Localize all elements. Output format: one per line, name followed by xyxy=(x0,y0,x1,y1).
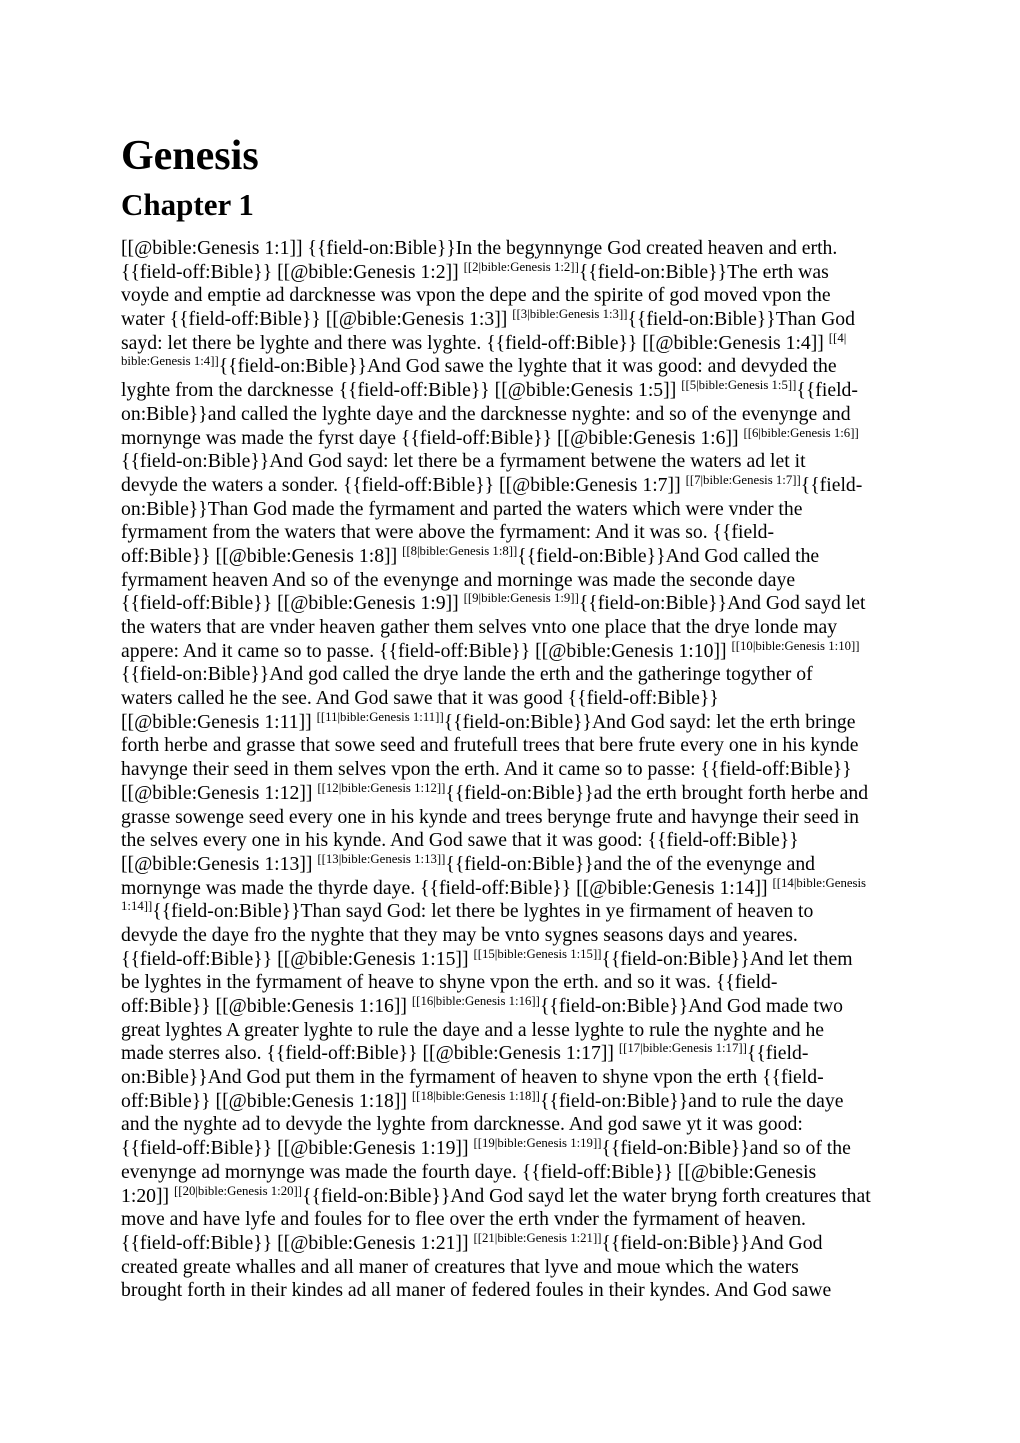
text-run: {{field-off:Bible}} [[@bible:Genesis 1:2… xyxy=(121,261,464,283)
text-line: grasse sowenge seed every one in his kyn… xyxy=(121,806,913,830)
verse-reference-superscript: [[18|bible:Genesis 1:18]] xyxy=(412,1089,540,1103)
text-run: {{field-on:Bible}}and to rule the daye xyxy=(540,1090,844,1112)
text-line: [[@bible:Genesis 1:11]] [[11|bible:Genes… xyxy=(121,711,913,735)
text-line: great lyghtes A greater lyghte to rule t… xyxy=(121,1019,913,1043)
verse-reference-superscript: [[14|bible:Genesis xyxy=(773,876,867,890)
text-line: 1:20]] [[20|bible:Genesis 1:20]]{{field-… xyxy=(121,1185,913,1209)
text-line: mornynge was made the fyrst daye {{field… xyxy=(121,427,913,451)
verse-reference-superscript: [[17|bible:Genesis 1:17]] xyxy=(619,1041,747,1055)
text-line: sayd: let there be lyghte and there was … xyxy=(121,332,913,356)
text-run: lyghte from the darcknesse {{field-off:B… xyxy=(121,379,681,401)
text-run: great lyghtes A greater lyghte to rule t… xyxy=(121,1019,824,1041)
text-line: fyrmament from the waters that were abov… xyxy=(121,521,913,545)
text-run: {{field-on:Bible}}And let them xyxy=(601,948,852,970)
text-line: {{field-off:Bible}} [[@bible:Genesis 1:1… xyxy=(121,948,913,972)
verse-reference-superscript: [[21|bible:Genesis 1:21]] xyxy=(473,1231,601,1245)
text-line: waters called he the see. And God sawe t… xyxy=(121,687,913,711)
text-line: be lyghtes in the fyrmament of heave to … xyxy=(121,971,913,995)
text-run: mornynge was made the fyrst daye {{field… xyxy=(121,427,744,449)
verse-reference-superscript: [[5|bible:Genesis 1:5]] xyxy=(681,378,796,392)
text-line: {{field-off:Bible}} [[@bible:Genesis 1:2… xyxy=(121,1232,913,1256)
text-run: devyde the daye fro the nyghte that they… xyxy=(121,924,798,946)
text-line: lyghte from the darcknesse {{field-off:B… xyxy=(121,379,913,403)
text-line: water {{field-off:Bible}} [[@bible:Genes… xyxy=(121,308,913,332)
verse-reference-superscript: [[6|bible:Genesis 1:6]] xyxy=(744,426,859,440)
text-run: {{field-on:Bible}}And God sawe the lyght… xyxy=(219,355,837,377)
text-run: havynge their seed in them selves vpon t… xyxy=(121,758,852,780)
text-run: forth herbe and grasse that sowe seed an… xyxy=(121,734,858,756)
text-run: the selves every one in his kynde. And G… xyxy=(121,829,799,851)
verse-reference-superscript: [[7|bible:Genesis 1:7]] xyxy=(686,473,801,487)
text-run: {{field- xyxy=(796,379,858,401)
text-run: on:Bible}}And God put them in the fyrmam… xyxy=(121,1066,824,1088)
text-run: water {{field-off:Bible}} [[@bible:Genes… xyxy=(121,308,512,330)
text-run: off:Bible}} [[@bible:Genesis 1:8]] xyxy=(121,545,402,567)
text-run: {{field-on:Bible}}and so of the xyxy=(601,1137,850,1159)
text-run: [[@bible:Genesis 1:13]] xyxy=(121,853,317,875)
text-run: {{field-on:Bible}}Than sayd God: let the… xyxy=(152,900,813,922)
text-line: created greate whalles and all maner of … xyxy=(121,1256,913,1280)
text-line: off:Bible}} [[@bible:Genesis 1:16]] [[16… xyxy=(121,995,913,1019)
text-run: {{field-off:Bible}} [[@bible:Genesis 1:2… xyxy=(121,1232,473,1254)
text-run: mornynge was made the thyrde daye. {{fie… xyxy=(121,877,773,899)
text-line: on:Bible}}and called the lyghte daye and… xyxy=(121,403,913,427)
text-run: move and have lyfe and foules for to fle… xyxy=(121,1208,806,1230)
verse-reference-superscript: [[19|bible:Genesis 1:19]] xyxy=(473,1136,601,1150)
text-run: devyde the waters a sonder. {{field-off:… xyxy=(121,474,686,496)
text-run: {{field-on:Bible}}And god called the dry… xyxy=(121,663,813,685)
text-run: {{field-on:Bible}}Than God xyxy=(627,308,855,330)
text-run: {{field-on:Bible}}And God sayd: let the … xyxy=(444,711,856,733)
text-run: {{field-on:Bible}}And God xyxy=(601,1232,822,1254)
text-line: {{field-off:Bible}} [[@bible:Genesis 1:1… xyxy=(121,1137,913,1161)
text-run: made sterres also. {{field-off:Bible}} [… xyxy=(121,1042,619,1064)
text-run: {{field-on:Bible}}And God sayd: let ther… xyxy=(121,450,806,472)
text-line: and the nyghte ad to devyde the lyghte f… xyxy=(121,1113,913,1137)
text-run: on:Bible}}Than God made the fyrmament an… xyxy=(121,498,802,520)
text-run: 1:20]] xyxy=(121,1185,174,1207)
verse-reference-superscript: [[8|bible:Genesis 1:8]] xyxy=(402,544,517,558)
text-run: [[@bible:Genesis 1:11]] xyxy=(121,711,317,733)
text-run: waters called he the see. And God sawe t… xyxy=(121,687,719,709)
verse-reference-superscript: [[4| xyxy=(829,331,846,345)
text-run: {{field-on:Bible}}and the of the evenyng… xyxy=(445,853,815,875)
text-line: devyde the daye fro the nyghte that they… xyxy=(121,924,913,948)
text-run: appere: And it came so to passe. {{field… xyxy=(121,640,732,662)
text-run: {{field-off:Bible}} [[@bible:Genesis 1:9… xyxy=(121,592,464,614)
text-line: move and have lyfe and foules for to fle… xyxy=(121,1208,913,1232)
text-line: havynge their seed in them selves vpon t… xyxy=(121,758,913,782)
text-line: the selves every one in his kynde. And G… xyxy=(121,829,913,853)
text-line: fyrmament heaven And so of the evenynge … xyxy=(121,569,913,593)
text-run: off:Bible}} [[@bible:Genesis 1:16]] xyxy=(121,995,412,1017)
text-line: evenynge ad mornynge was made the fourth… xyxy=(121,1161,913,1185)
document-page: Genesis Chapter 1 [[@bible:Genesis 1:1]]… xyxy=(0,0,1020,1443)
verse-reference-superscript: [[10|bible:Genesis 1:10]] xyxy=(732,639,860,653)
text-line: on:Bible}}Than God made the fyrmament an… xyxy=(121,498,913,522)
text-line: [[@bible:Genesis 1:12]] [[12|bible:Genes… xyxy=(121,782,913,806)
text-run: {{field-on:Bible}}And God called the xyxy=(517,545,819,567)
text-line: forth herbe and grasse that sowe seed an… xyxy=(121,734,913,758)
text-run: {{field-on:Bible}}And God sayd let the w… xyxy=(302,1185,871,1207)
verse-reference-superscript: [[3|bible:Genesis 1:3]] xyxy=(512,307,627,321)
verse-reference-superscript: [[2|bible:Genesis 1:2]] xyxy=(464,260,579,274)
text-line: made sterres also. {{field-off:Bible}} [… xyxy=(121,1042,913,1066)
text-line: appere: And it came so to passe. {{field… xyxy=(121,640,913,664)
text-line: off:Bible}} [[@bible:Genesis 1:8]] [[8|b… xyxy=(121,545,913,569)
text-line: [[@bible:Genesis 1:1]] {{field-on:Bible}… xyxy=(121,237,913,261)
text-run: the waters that are vnder heaven gather … xyxy=(121,616,837,638)
text-line: the waters that are vnder heaven gather … xyxy=(121,616,913,640)
text-run: fyrmament from the waters that were abov… xyxy=(121,521,774,543)
text-run: evenynge ad mornynge was made the fourth… xyxy=(121,1161,816,1183)
text-run: {{field-on:Bible}}And God sayd let xyxy=(579,592,866,614)
text-run: {{field-on:Bible}}The erth was xyxy=(579,261,829,283)
text-run: and the nyghte ad to devyde the lyghte f… xyxy=(121,1113,803,1135)
text-line: mornynge was made the thyrde daye. {{fie… xyxy=(121,877,913,901)
text-line: 1:14]]{{field-on:Bible}}Than sayd God: l… xyxy=(121,900,913,924)
text-run: be lyghtes in the fyrmament of heave to … xyxy=(121,971,777,993)
text-run: [[@bible:Genesis 1:12]] xyxy=(121,782,317,804)
verse-reference-superscript: bible:Genesis 1:4]] xyxy=(121,354,219,368)
text-run: {{field- xyxy=(747,1042,809,1064)
text-line: {{field-off:Bible}} [[@bible:Genesis 1:9… xyxy=(121,592,913,616)
text-line: devyde the waters a sonder. {{field-off:… xyxy=(121,474,913,498)
text-run: brought forth in their kindes ad all man… xyxy=(121,1279,831,1301)
text-run: voyde and emptie ad darcknesse was vpon … xyxy=(121,284,831,306)
verse-reference-superscript: [[12|bible:Genesis 1:12]] xyxy=(317,781,445,795)
text-line: on:Bible}}And God put them in the fyrmam… xyxy=(121,1066,913,1090)
text-line: brought forth in their kindes ad all man… xyxy=(121,1279,913,1303)
text-run: on:Bible}}and called the lyghte daye and… xyxy=(121,403,851,425)
text-run: {{field-off:Bible}} [[@bible:Genesis 1:1… xyxy=(121,948,473,970)
verse-reference-superscript: 1:14]] xyxy=(121,899,152,913)
text-run: {{field-off:Bible}} [[@bible:Genesis 1:1… xyxy=(121,1137,473,1159)
text-line: {{field-off:Bible}} [[@bible:Genesis 1:2… xyxy=(121,261,913,285)
text-run: {{field-on:Bible}}And God made two xyxy=(540,995,843,1017)
verse-reference-superscript: [[15|bible:Genesis 1:15]] xyxy=(473,947,601,961)
verse-reference-superscript: [[13|bible:Genesis 1:13]] xyxy=(317,852,445,866)
text-line: voyde and emptie ad darcknesse was vpon … xyxy=(121,284,913,308)
document-title: Genesis xyxy=(121,135,259,177)
verse-reference-superscript: [[9|bible:Genesis 1:9]] xyxy=(464,591,579,605)
text-line: {{field-on:Bible}}And God sayd: let ther… xyxy=(121,450,913,474)
text-line: [[@bible:Genesis 1:13]] [[13|bible:Genes… xyxy=(121,853,913,877)
text-run: [[@bible:Genesis 1:1]] {{field-on:Bible}… xyxy=(121,237,837,259)
verse-reference-superscript: [[20|bible:Genesis 1:20]] xyxy=(174,1184,302,1198)
chapter-body-text: [[@bible:Genesis 1:1]] {{field-on:Bible}… xyxy=(121,237,913,1303)
text-run: sayd: let there be lyghte and there was … xyxy=(121,332,829,354)
text-run: fyrmament heaven And so of the evenynge … xyxy=(121,569,795,591)
verse-reference-superscript: [[16|bible:Genesis 1:16]] xyxy=(412,994,540,1008)
text-run: grasse sowenge seed every one in his kyn… xyxy=(121,806,859,828)
text-run: off:Bible}} [[@bible:Genesis 1:18]] xyxy=(121,1090,412,1112)
text-line: {{field-on:Bible}}And god called the dry… xyxy=(121,663,913,687)
chapter-heading: Chapter 1 xyxy=(121,189,254,220)
text-run: {{field-on:Bible}}ad the erth brought fo… xyxy=(445,782,868,804)
verse-reference-superscript: [[11|bible:Genesis 1:11]] xyxy=(317,710,444,724)
text-line: bible:Genesis 1:4]]{{field-on:Bible}}And… xyxy=(121,355,913,379)
text-line: off:Bible}} [[@bible:Genesis 1:18]] [[18… xyxy=(121,1090,913,1114)
text-run: created greate whalles and all maner of … xyxy=(121,1256,799,1278)
text-run: {{field- xyxy=(801,474,863,496)
